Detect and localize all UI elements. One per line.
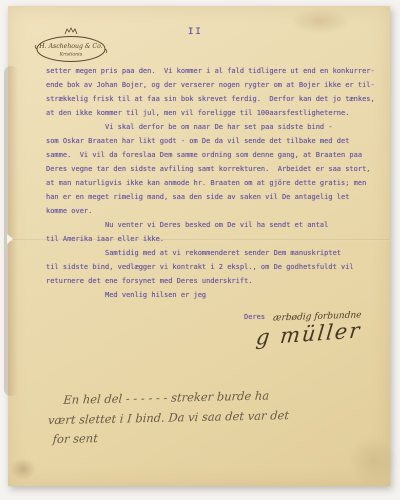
letter-page: H. Aschehoug & Co. Kristiania II setter … <box>8 6 390 486</box>
publisher-city: Kristiania <box>59 52 83 58</box>
scan-background: H. Aschehoug & Co. Kristiania II setter … <box>0 0 400 500</box>
publisher-name: H. Aschehoug & Co. <box>38 43 103 50</box>
letter-body-text: setter megen pris paa den. Vi kommer i a… <box>46 64 386 302</box>
crown-icon <box>65 28 77 34</box>
fold-notch <box>7 234 13 244</box>
paper-stain <box>348 436 398 486</box>
paper-stain <box>290 8 350 34</box>
closing-typed: Deres <box>244 313 265 321</box>
page-number: II <box>188 27 203 37</box>
handwritten-note: En hel del - - - - - - streker burde ha … <box>46 385 350 450</box>
publisher-logo: H. Aschehoug & Co. Kristiania <box>32 24 110 68</box>
paper-stain <box>4 66 18 396</box>
paper-stain <box>10 458 36 480</box>
